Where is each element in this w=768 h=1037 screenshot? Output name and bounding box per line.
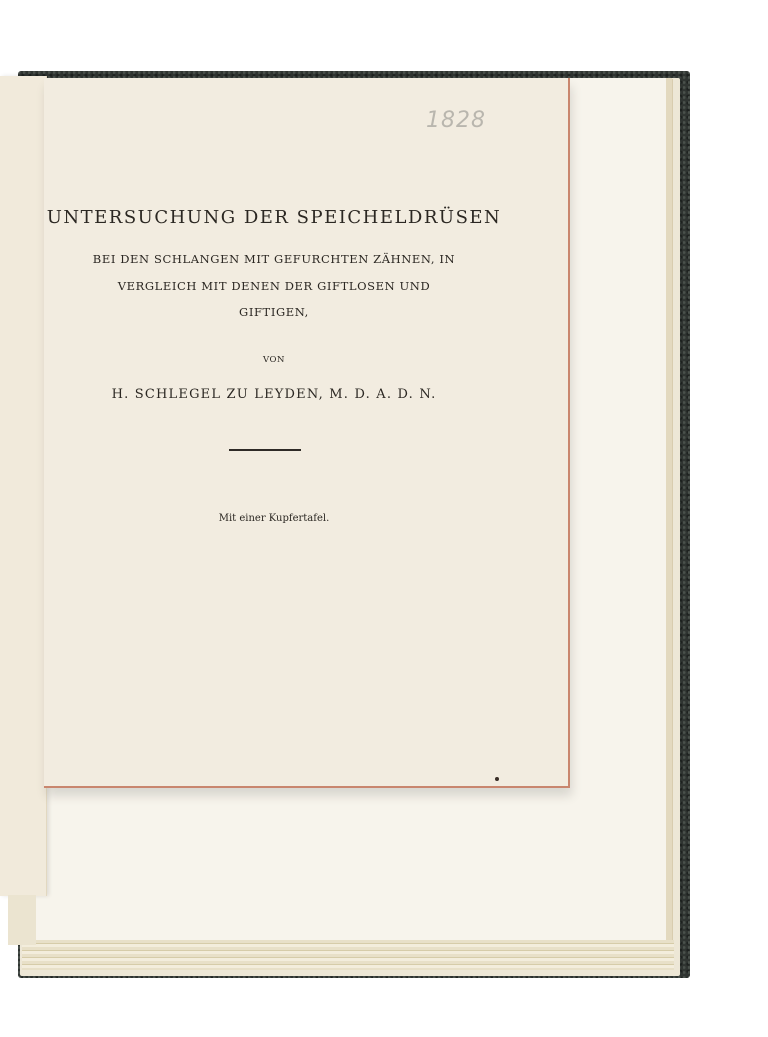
left-leaf-tab	[8, 895, 36, 945]
plate-note: Mit einer Kupfertafel.	[44, 513, 504, 524]
author-line: H. SCHLEGEL ZU LEYDEN, M. D. A. D. N.	[44, 387, 504, 402]
title-page-text: UNTERSUCHUNG DER SPEICHELDRÜSEN BEI DEN …	[44, 0, 504, 1037]
subtitle-line-1: BEI DEN SCHLANGEN MIT GEFURCHTEN ZÄHNEN,…	[44, 252, 504, 266]
by-label: VON	[44, 355, 504, 365]
decorative-rule	[229, 449, 301, 451]
document-title: UNTERSUCHUNG DER SPEICHELDRÜSEN	[44, 207, 504, 228]
left-folded-leaf	[0, 76, 47, 896]
subtitle-line-2: VERGLEICH MIT DENEN DER GIFTLOSEN UND	[44, 279, 504, 293]
subtitle-line-3: GIFTIGEN,	[44, 305, 504, 319]
ink-spot	[495, 777, 499, 781]
